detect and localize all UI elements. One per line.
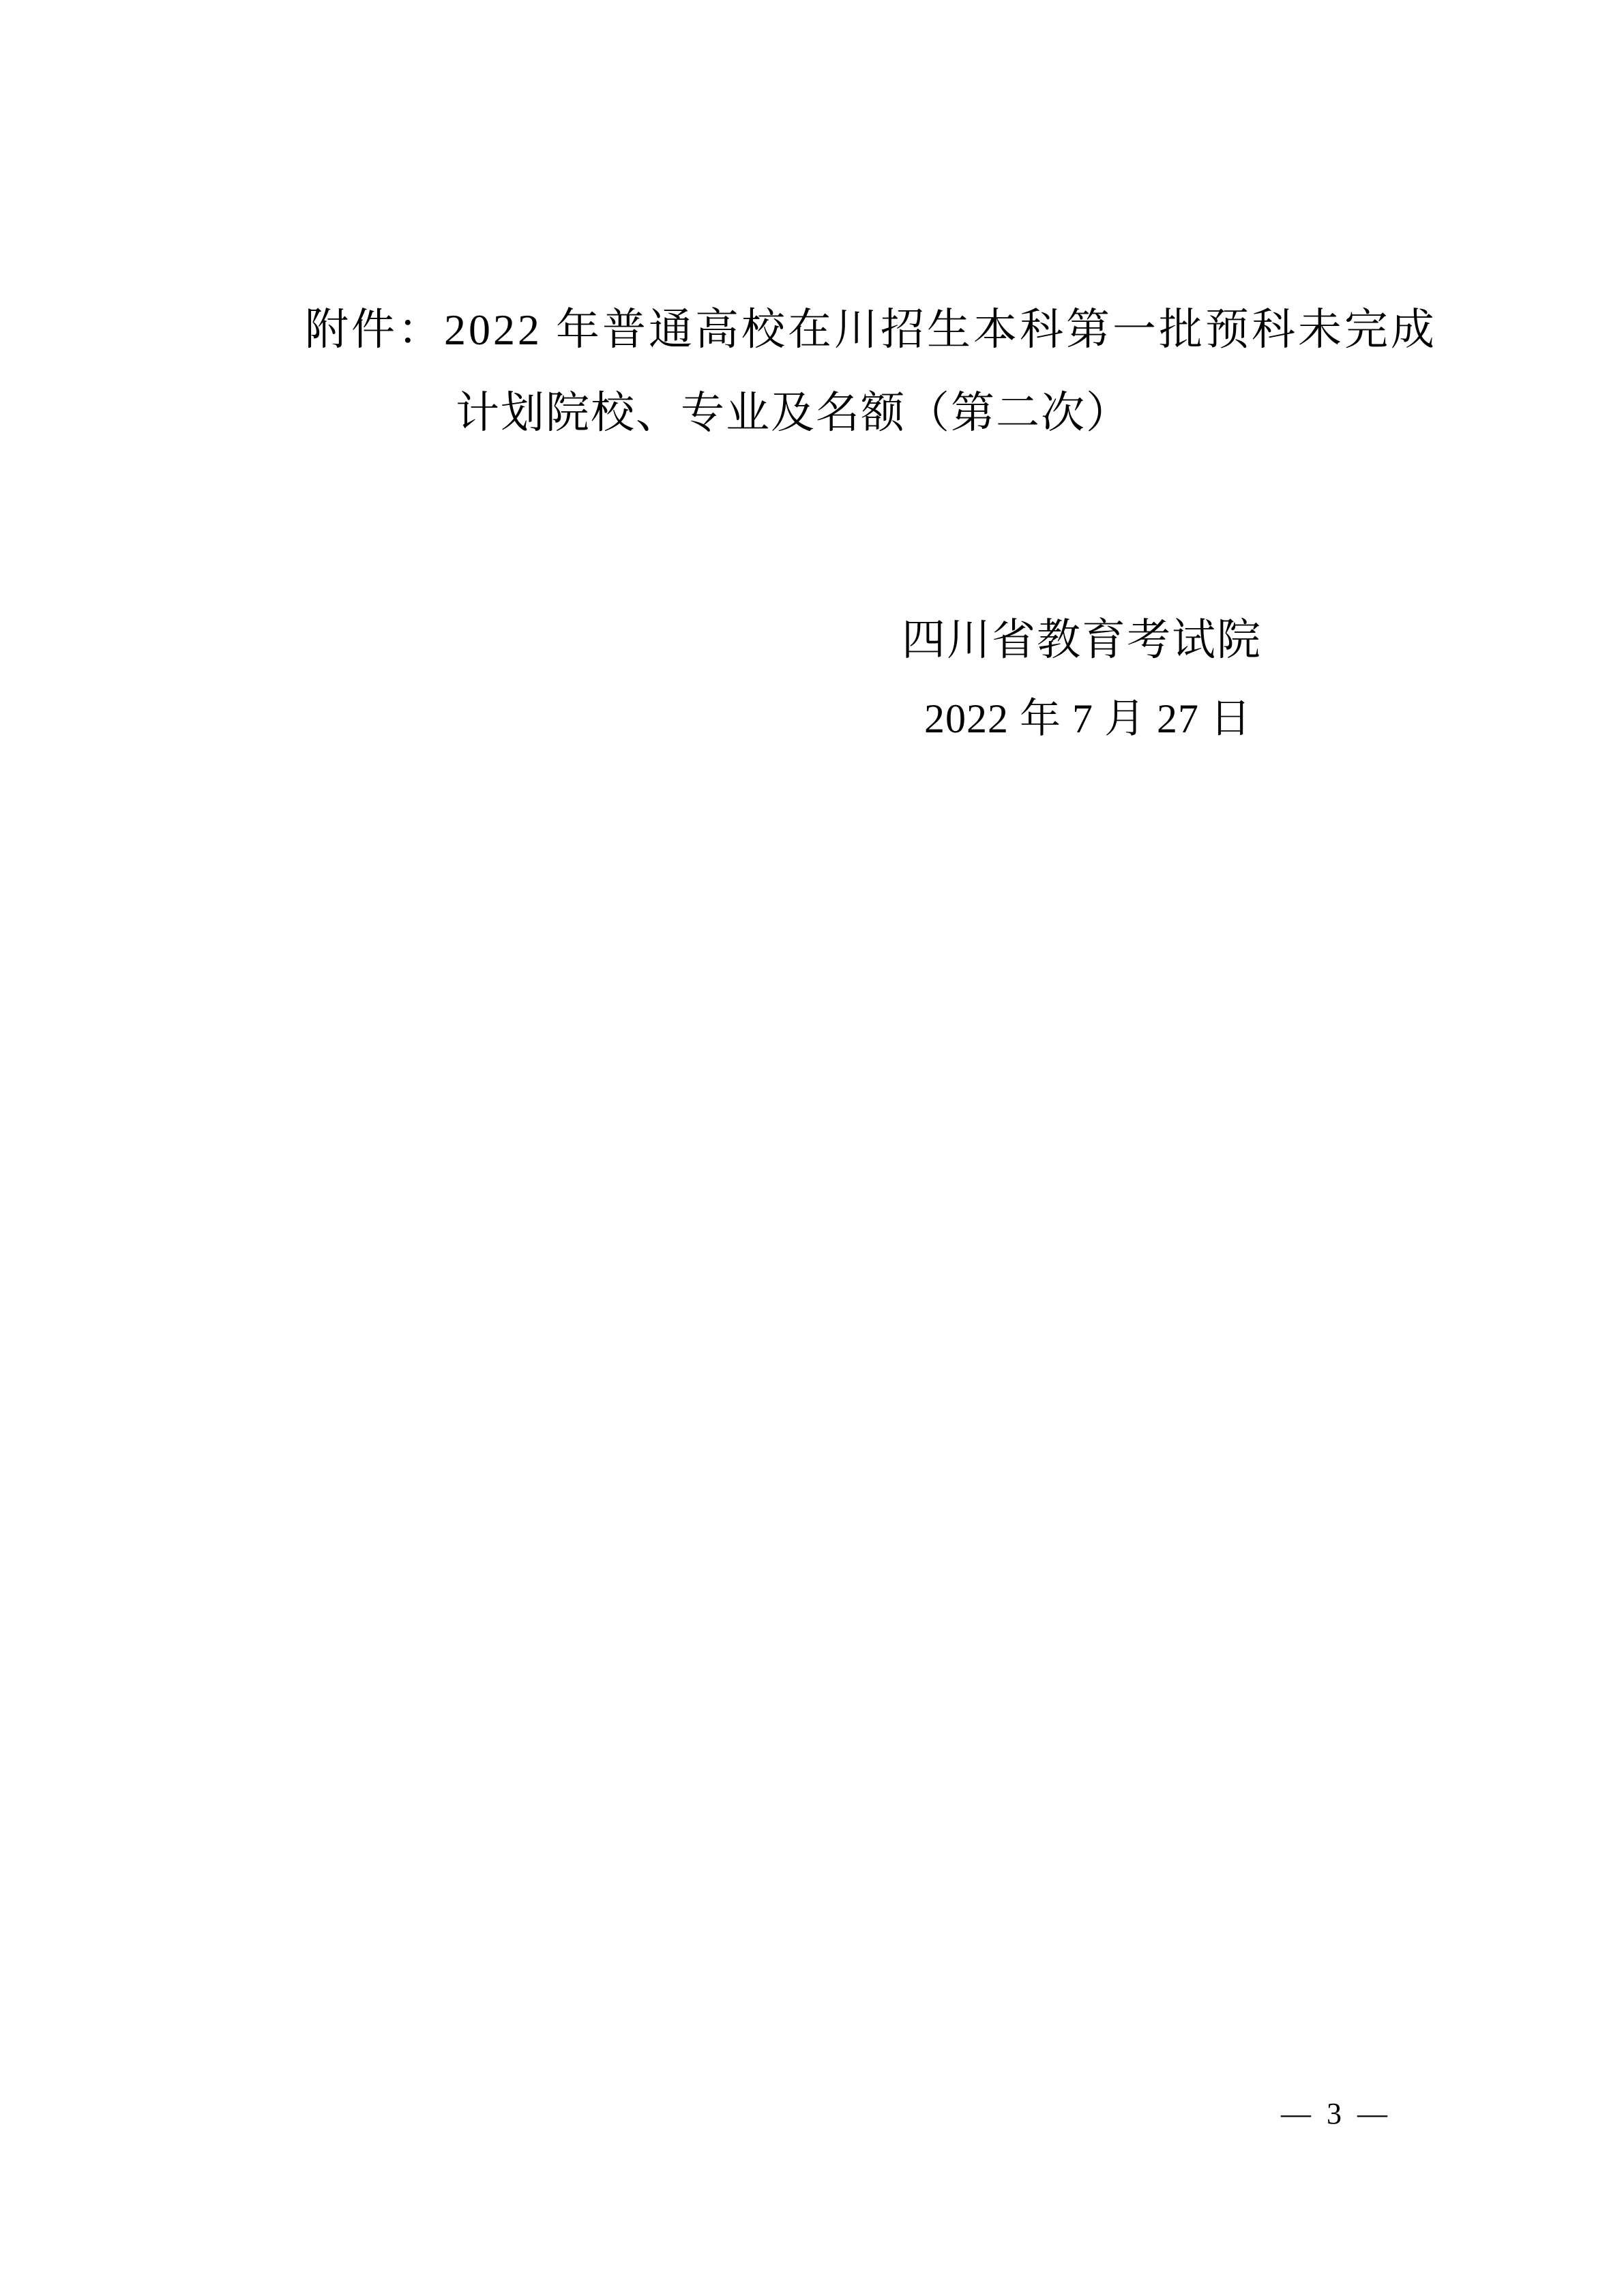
attachment-title-line-1: 附件：2022 年普通高校在川招生本科第一批预科未完成 [305,305,1437,355]
page-number: — 3 — [1281,2097,1391,2131]
signature-date: 2022 年 7 月 27 日 [924,696,1252,742]
signature-issuer: 四川省教育考试院 [902,616,1262,665]
document-page: 附件：2022 年普通高校在川招生本科第一批预科未完成 计划院校、专业及名额（第… [0,0,1624,2296]
attachment-title-line-2: 计划院校、专业及名额（第二次） [456,389,1131,438]
